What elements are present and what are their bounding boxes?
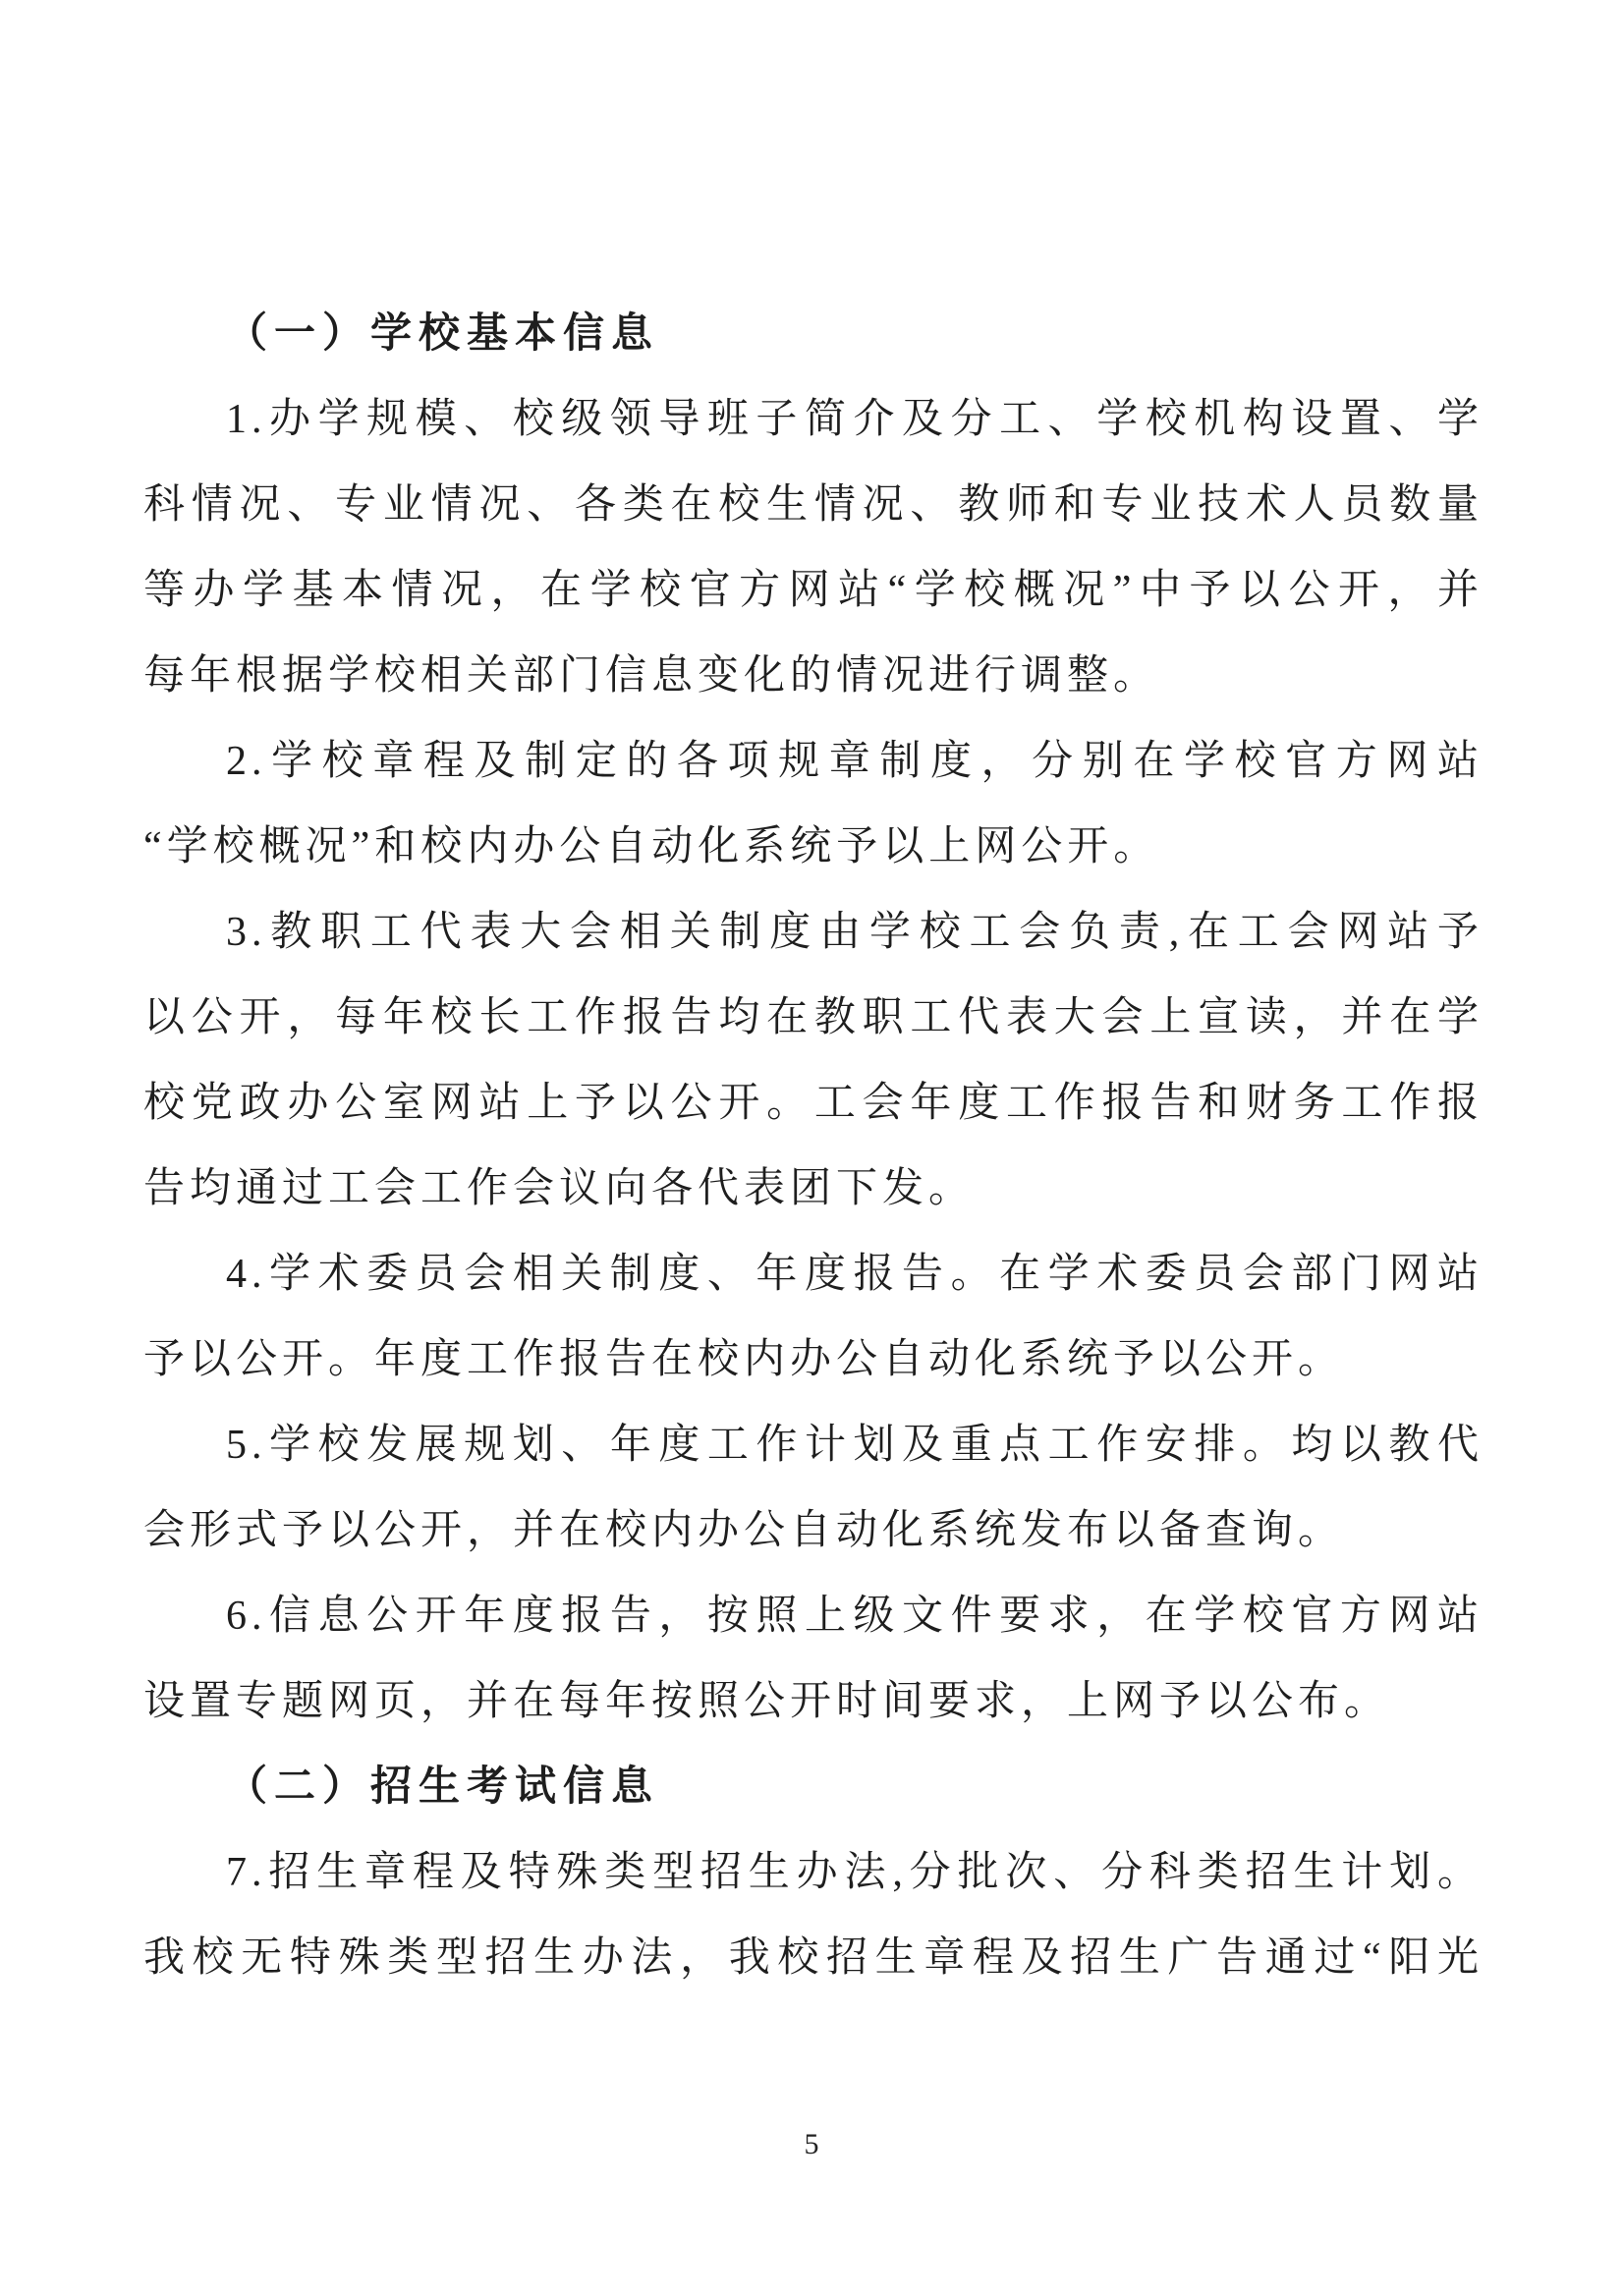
text-line: 5.学校发展规划、年度工作计划及重点工作安排。均以教代	[143, 1403, 1483, 1488]
text-line: 每年根据学校相关部门信息变化的情况进行调整。	[143, 634, 1483, 719]
section-heading-basic-info: （一）学校基本信息	[143, 292, 1483, 377]
text-line: 设置专题网页，并在每年按照公开时间要求，上网予以公布。	[143, 1659, 1483, 1745]
text-line: 告均通过工会工作会议向各代表团下发。	[143, 1147, 1483, 1232]
text-line: 7.招生章程及特殊类型招生办法,分批次、分科类招生计划。	[143, 1830, 1483, 1916]
text-line: 科情况、专业情况、各类在校生情况、教师和专业技术人员数量	[143, 463, 1483, 548]
document-body: （一）学校基本信息 1.办学规模、校级领导班子简介及分工、学校机构设置、学 科情…	[143, 292, 1483, 2001]
text-line: 会形式予以公开，并在校内办公自动化系统发布以备查询。	[143, 1488, 1483, 1574]
text-line: 校党政办公室网站上予以公开。工会年度工作报告和财务工作报	[143, 1061, 1483, 1147]
section-heading-admissions-info: （二）招生考试信息	[143, 1745, 1483, 1830]
text-line: 我校无特殊类型招生办法，我校招生章程及招生广告通过“阳光	[143, 1916, 1483, 2001]
text-line: 等办学基本情况，在学校官方网站“学校概况”中予以公开，并	[143, 548, 1483, 634]
text-line: 2.学校章程及制定的各项规章制度，分别在学校官方网站	[143, 719, 1483, 805]
text-line: 4.学术委员会相关制度、年度报告。在学术委员会部门网站	[143, 1232, 1483, 1317]
page-number: 5	[0, 2120, 1623, 2169]
text-line: 予以公开。年度工作报告在校内办公自动化系统予以公开。	[143, 1317, 1483, 1403]
text-line: 1.办学规模、校级领导班子简介及分工、学校机构设置、学	[143, 377, 1483, 463]
text-line: “学校概况”和校内办公自动化系统予以上网公开。	[143, 805, 1483, 890]
text-line: 3.教职工代表大会相关制度由学校工会负责,在工会网站予	[143, 890, 1483, 976]
text-line: 以公开，每年校长工作报告均在教职工代表大会上宣读，并在学	[143, 976, 1483, 1061]
document-page: （一）学校基本信息 1.办学规模、校级领导班子简介及分工、学校机构设置、学 科情…	[0, 0, 1623, 2296]
text-line: 6.信息公开年度报告，按照上级文件要求，在学校官方网站	[143, 1574, 1483, 1659]
